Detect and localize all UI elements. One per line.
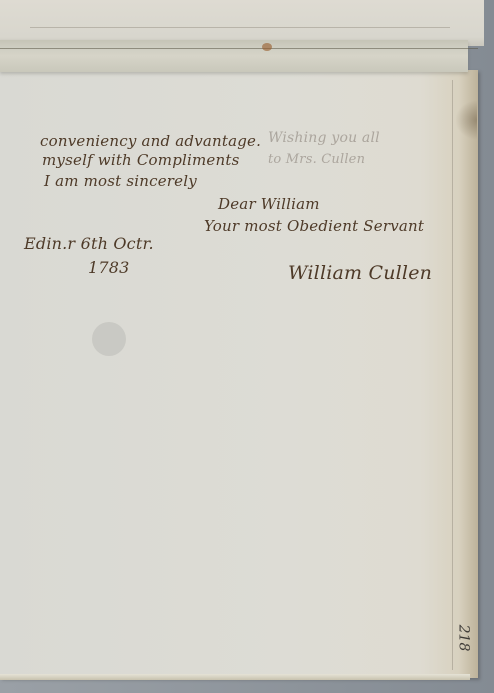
place-date: Edin.r 6th Octr. — [24, 234, 154, 253]
closing: Your most Obedient Servant — [204, 217, 424, 235]
margin-rule — [452, 80, 453, 670]
bleed-through-mark — [92, 322, 126, 356]
edge-stain — [455, 100, 477, 140]
upper-sheet-rule-line — [30, 27, 450, 28]
year: 1783 — [88, 258, 130, 277]
paper-fold — [0, 40, 468, 72]
body-line-1: conveniency and advantage. — [40, 132, 261, 150]
faded-text-1: Wishing you all — [268, 130, 380, 146]
body-line-2: myself with Compliments — [42, 151, 240, 169]
fold-crease-line — [0, 48, 478, 49]
page-bottom-edge — [0, 674, 470, 680]
rust-stain — [262, 43, 272, 51]
folio-number: 218 — [455, 625, 471, 652]
salutation: Dear William — [218, 195, 320, 213]
signature: William Cullen — [288, 262, 432, 284]
faded-text-2: to Mrs. Cullen — [268, 152, 365, 167]
body-line-3: I am most sincerely — [44, 172, 197, 190]
